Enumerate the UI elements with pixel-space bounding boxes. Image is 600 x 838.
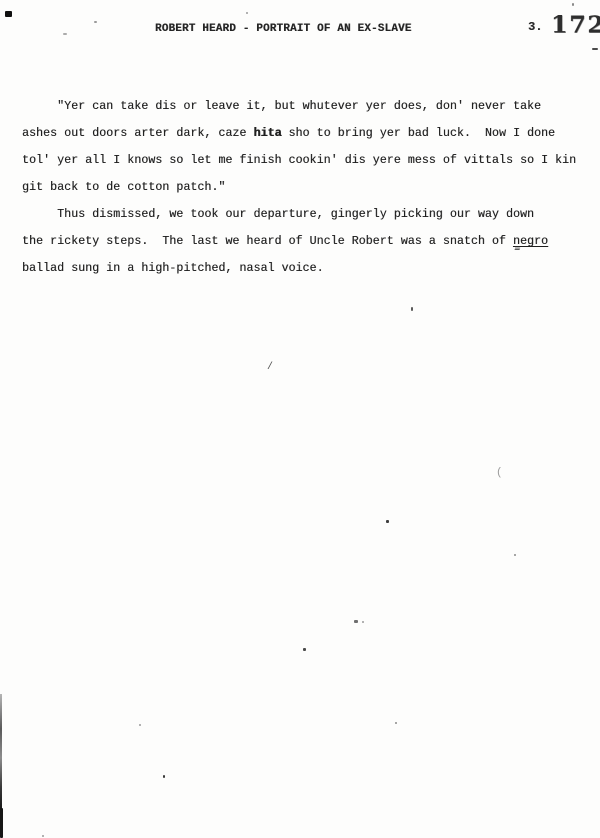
text-line: "Yer can take dis or leave it, but whute…: [22, 93, 592, 120]
ink-speck: [139, 724, 141, 726]
ink-speck: [5, 11, 12, 17]
text-line: ballad sung in a high-pitched, nasal voi…: [22, 255, 592, 282]
ink-speck: [354, 620, 358, 623]
ink-speck: [572, 3, 574, 6]
text-segment: hita: [253, 126, 281, 140]
text-segment: "Yer can take dis or leave it, but whute…: [22, 99, 541, 113]
document-body: "Yer can take dis or leave it, but whute…: [22, 93, 592, 282]
scan-edge-artifact: [0, 694, 2, 810]
capitalize-proofreading-mark: ≡: [513, 246, 520, 255]
ink-speck: [246, 12, 248, 14]
typed-page-number: 3.: [528, 20, 542, 34]
ink-speck: [42, 835, 44, 837]
ink-speck: /: [267, 363, 273, 373]
text-line: the rickety steps. The last we heard of …: [22, 228, 592, 255]
document-title: ROBERT HEARD - PORTRAIT OF AN EX-SLAVE: [155, 23, 412, 36]
text-line: git back to de cotton patch.": [22, 174, 592, 201]
text-segment: git back to de cotton patch.": [22, 180, 225, 194]
ink-speck: [0, 808, 3, 838]
ink-speck: [411, 307, 413, 311]
text-segment: sho to bring yer bad luck. Now I done: [282, 126, 556, 140]
ink-speck: [63, 33, 67, 35]
text-line: tol' yer all I knows so let me finish co…: [22, 147, 592, 174]
underlined-word: negro≡: [513, 234, 548, 248]
ink-speck: [395, 722, 397, 724]
ink-speck: [592, 48, 598, 50]
ink-speck: [94, 21, 97, 23]
ink-speck: [386, 520, 389, 523]
text-segment: the rickety steps. The last we heard of …: [22, 234, 513, 248]
stamped-page-number: 172: [551, 11, 600, 37]
ink-speck: (: [496, 468, 503, 479]
text-line: ashes out doors arter dark, caze hita sh…: [22, 120, 592, 147]
text-line: Thus dismissed, we took our departure, g…: [22, 201, 592, 228]
ink-speck: [362, 621, 364, 623]
ink-speck: [303, 648, 306, 651]
text-segment: tol' yer all I knows so let me finish co…: [22, 153, 576, 167]
text-segment: ashes out doors arter dark, caze: [22, 126, 253, 140]
document-page: ROBERT HEARD - PORTRAIT OF AN EX-SLAVE 3…: [0, 0, 600, 838]
text-segment: Thus dismissed, we took our departure, g…: [22, 207, 534, 221]
text-segment: ballad sung in a high-pitched, nasal voi…: [22, 261, 324, 275]
ink-speck: [514, 554, 516, 556]
ink-speck: [163, 775, 165, 778]
